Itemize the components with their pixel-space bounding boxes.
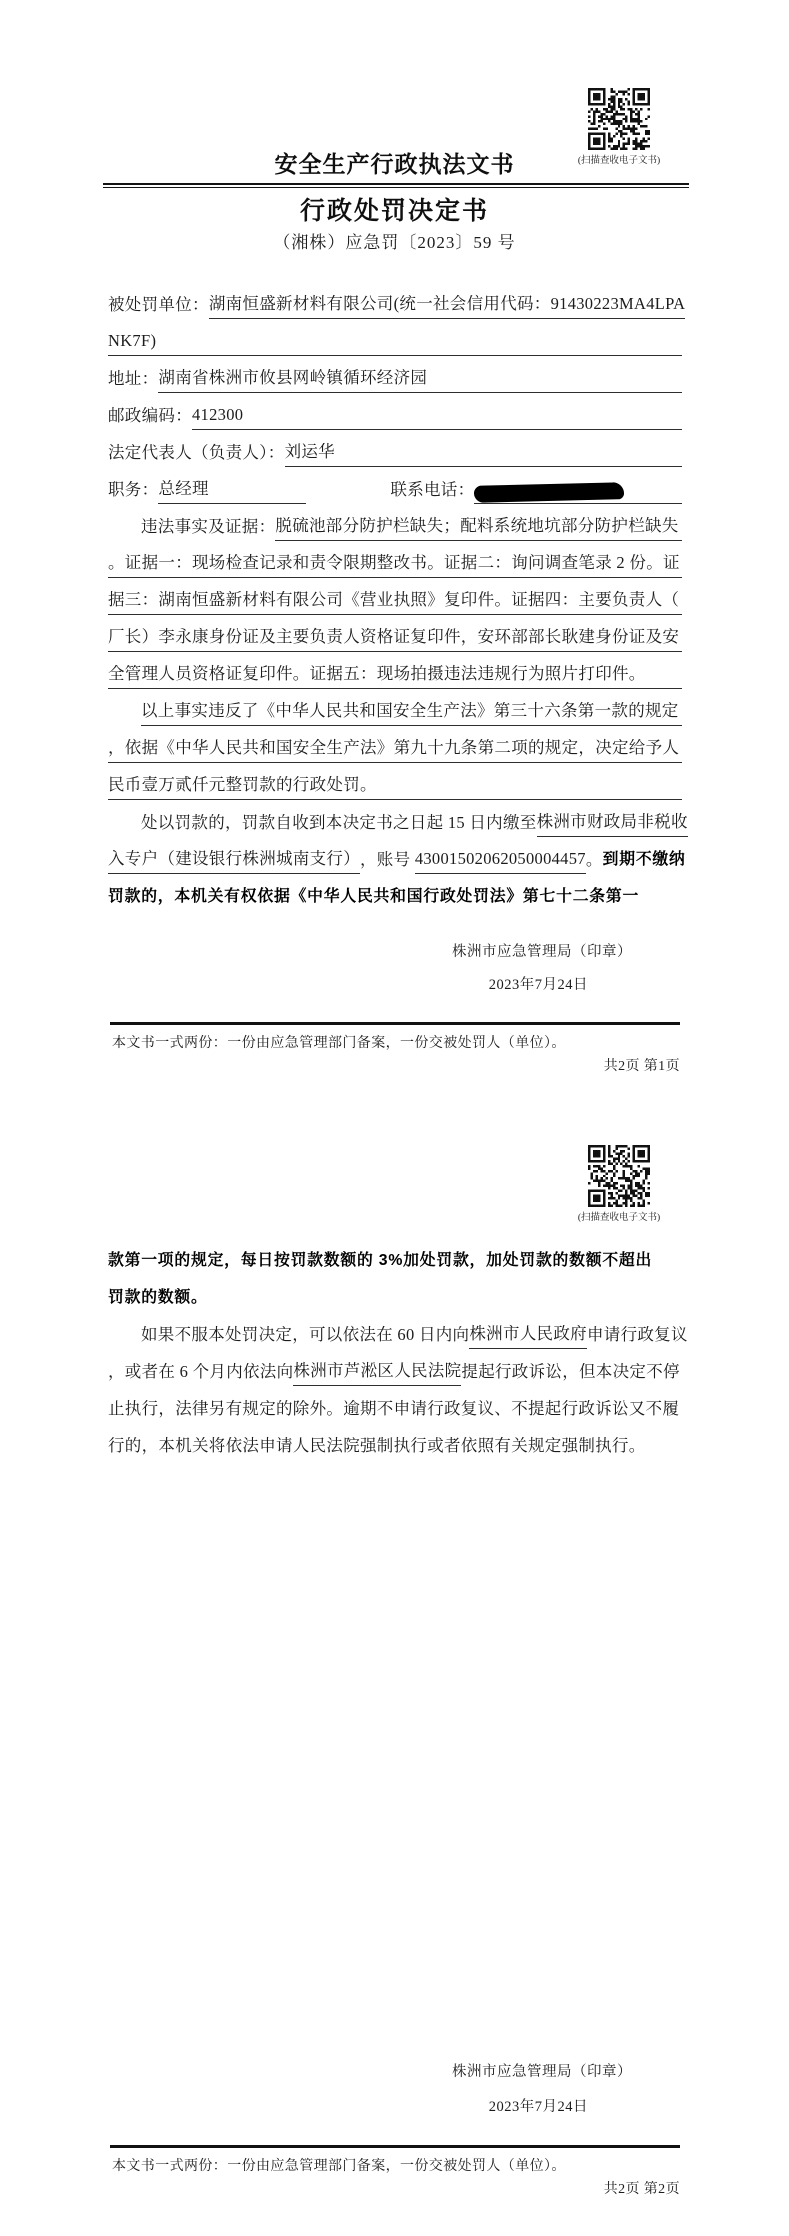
text-segment: 412300 xyxy=(192,401,243,430)
issuer-signature-page2: 株洲市应急管理局（印章） xyxy=(452,2060,632,2081)
text-segment: 株洲市芦淞区人民法院 xyxy=(293,1357,461,1386)
surcharge-line: 罚款的数额。 xyxy=(108,1275,682,1312)
text-segment: 行的，本机关将依法申请人民法院强制执行或者依照有关规定强制执行。 xyxy=(108,1432,646,1460)
facts-line: 。证据一：现场检查记录和责令限期整改书。证据二：询问调查笔录 2 份。证 xyxy=(108,541,682,578)
field-postal-code: 邮政编码：412300 xyxy=(108,393,682,430)
text-segment xyxy=(243,429,682,430)
text-segment: NK7F) xyxy=(108,327,156,356)
doc-number: （湘株）应急罚〔2023〕59 号 xyxy=(0,228,789,253)
text-segment: 职务： xyxy=(108,476,158,504)
page1-body: 被处罚单位：湖南恒盛新材料有限公司(统一社会信用代码：91430223MA4LP… xyxy=(108,282,682,911)
text-segment: 到期不缴纳 xyxy=(603,846,686,874)
payment-line: 入专户（建设银行株洲城南支行），账号 43001502062050004457。… xyxy=(108,837,682,874)
footer-divider-page2 xyxy=(110,2145,680,2148)
qr-code-page2 xyxy=(588,1145,650,1207)
field-penalized-unit-line2: NK7F) xyxy=(108,319,682,356)
redaction-bar xyxy=(474,482,624,503)
page-indicator-page1: 共2页 第1页 xyxy=(112,1055,680,1075)
text-segment: 43001502062050004457 xyxy=(415,845,586,874)
facts-line: 违法事实及证据：脱硫池部分防护栏缺失；配料系统地坑部分防护栏缺失 xyxy=(108,504,682,541)
text-segment: 联系电话： xyxy=(390,476,474,504)
text-segment: ，账号 xyxy=(360,846,415,874)
facts-line: 据三：湖南恒盛新材料有限公司《营业执照》复印件。证据四：主要负责人（ xyxy=(108,578,682,615)
text-segment: 株洲市财政局非税收 xyxy=(537,808,688,837)
text-segment: 申请行政复议 xyxy=(587,1321,688,1349)
text-segment: 被处罚单位： xyxy=(108,291,209,319)
facts-line: 全管理人员资格证复印件。证据五：现场拍摄违法违规行为照片打印件。 xyxy=(108,652,682,689)
footer-note-page2: 本文书一式两份：一份由应急管理部门备案，一份交被处罚人（单位）。 xyxy=(112,2155,682,2175)
payment-line: 罚款的，本机关有权依据《中华人民共和国行政处罚法》第七十二条第一 xyxy=(108,874,682,911)
text-segment: 款第一项的规定，每日按罚款数额的 3%加处罚款，加处罚款的数额不超出 xyxy=(108,1247,652,1275)
redacted-phone-number xyxy=(474,484,682,504)
text-segment xyxy=(679,614,682,615)
appeal-line: 如果不服本处罚决定，可以依法在 60 日内向株洲市人民政府申请行政复议 xyxy=(108,1312,682,1349)
text-segment: 厂长）李永康身份证及主要负责人资格证复印件，安环部部长耿建身份证及安 xyxy=(108,623,679,652)
text-segment: 民币壹万贰仟元整罚款的行政处罚。 xyxy=(108,771,377,800)
page-indicator-page2: 共2页 第2页 xyxy=(112,2178,680,2198)
text-segment xyxy=(156,355,682,356)
field-address: 地址：湖南省株洲市攸县网岭镇循环经济园 xyxy=(108,356,682,393)
doc-title: 行政处罚决定书 xyxy=(0,191,789,227)
text-segment: ，依据《中华人民共和国安全生产法》第九十九条第二项的规定，决定给予人 xyxy=(108,734,679,763)
text-segment: 违法事实及证据： xyxy=(141,513,275,541)
issue-date-page2: 2023年7月24日 xyxy=(489,2095,588,2116)
footer-divider-page1 xyxy=(110,1022,680,1025)
text-segment: 湖南恒盛新材料有限公司(统一社会信用代码：91430223MA4LPA xyxy=(209,290,686,319)
qr-caption-page2: (扫描查收电子文书) xyxy=(549,1209,689,1223)
penalty-decision-document: (扫描查收电子文书) 安全生产行政执法文书 行政处罚决定书 （湘株）应急罚〔20… xyxy=(0,0,789,2236)
qr-code-page1 xyxy=(588,88,650,150)
text-segment: 止执行，法律另有规定的除外。逾期不申请行政复议、不提起行政诉讼又不履 xyxy=(108,1395,679,1423)
appeal-line: 行的，本机关将依法申请人民法院强制执行或者依照有关规定强制执行。 xyxy=(108,1423,682,1460)
text-segment: 入专户（建设银行株洲城南支行） xyxy=(108,845,360,874)
doc-category-title: 安全生产行政执法文书 xyxy=(0,146,789,179)
text-segment: 。 xyxy=(586,846,603,874)
payment-line: 处以罚款的，罚款自收到本决定书之日起 15 日内缴至株洲市财政局非税收 xyxy=(108,800,682,837)
text-segment: 据三：湖南恒盛新材料有限公司《营业执照》复印件。证据四：主要负责人（ xyxy=(108,586,679,615)
decision-line: 以上事实违反了《中华人民共和国安全生产法》第三十六条第一款的规定 xyxy=(108,689,682,726)
page2-body: 款第一项的规定，每日按罚款数额的 3%加处罚款，加处罚款的数额不超出罚款的数额。… xyxy=(108,1238,682,1460)
field-legal-representative: 法定代表人（负责人）：刘运华 xyxy=(108,430,682,467)
text-segment: 总经理 xyxy=(158,475,306,504)
facts-line: 厂长）李永康身份证及主要负责人资格证复印件，安环部部长耿建身份证及安 xyxy=(108,615,682,652)
text-segment: 以上事实违反了《中华人民共和国安全生产法》第三十六条第一款的规定 xyxy=(141,697,679,726)
text-segment: 脱硫池部分防护栏缺失；配料系统地坑部分防护栏缺失 xyxy=(275,512,678,541)
text-segment xyxy=(679,725,682,726)
text-segment xyxy=(646,688,682,689)
text-segment: 刘运华 xyxy=(285,438,335,467)
text-segment: 罚款的数额。 xyxy=(108,1284,208,1312)
text-segment: 。证据一：现场检查记录和责令限期整改书。证据二：询问调查笔录 2 份。证 xyxy=(108,549,680,578)
text-segment: 处以罚款的，罚款自收到本决定书之日起 15 日内缴至 xyxy=(141,809,537,837)
text-segment: 法定代表人（负责人）： xyxy=(108,439,285,467)
footer-note-page1: 本文书一式两份：一份由应急管理部门备案，一份交被处罚人（单位）。 xyxy=(112,1032,682,1052)
text-segment: ，或者在 6 个月内依法向 xyxy=(108,1358,293,1386)
text-segment: 提起行政诉讼，但本决定不停 xyxy=(461,1358,679,1386)
text-segment: 罚款的，本机关有权依据《中华人民共和国行政处罚法》第七十二条第一 xyxy=(108,883,639,911)
text-segment: 湖南省株洲市攸县网岭镇循环经济园 xyxy=(158,364,427,393)
text-segment: 邮政编码： xyxy=(108,402,192,430)
text-segment: 全管理人员资格证复印件。证据五：现场拍摄违法违规行为照片打印件。 xyxy=(108,660,646,689)
issue-date-page1: 2023年7月24日 xyxy=(489,973,588,994)
text-segment xyxy=(427,392,682,393)
text-segment xyxy=(377,799,682,800)
field-position-phone: 职务：总经理联系电话： xyxy=(108,467,682,504)
surcharge-line: 款第一项的规定，每日按罚款数额的 3%加处罚款，加处罚款的数额不超出 xyxy=(108,1238,682,1275)
text-segment xyxy=(679,540,682,541)
text-segment: 株洲市人民政府 xyxy=(469,1320,587,1349)
appeal-line: 止执行，法律另有规定的除外。逾期不申请行政复议、不提起行政诉讼又不履 xyxy=(108,1386,682,1423)
text-segment: 地址： xyxy=(108,365,158,393)
text-segment xyxy=(679,762,682,763)
decision-line: 民币壹万贰仟元整罚款的行政处罚。 xyxy=(108,763,682,800)
appeal-line: ，或者在 6 个月内依法向株洲市芦淞区人民法院提起行政诉讼，但本决定不停 xyxy=(108,1349,682,1386)
decision-line: ，依据《中华人民共和国安全生产法》第九十九条第二项的规定，决定给予人 xyxy=(108,726,682,763)
text-segment xyxy=(335,466,682,467)
field-penalized-unit-line1: 被处罚单位：湖南恒盛新材料有限公司(统一社会信用代码：91430223MA4LP… xyxy=(108,282,682,319)
text-segment xyxy=(679,651,682,652)
text-segment xyxy=(680,577,682,578)
text-segment: 如果不服本处罚决定，可以依法在 60 日内向 xyxy=(141,1321,469,1349)
header-divider xyxy=(103,183,689,188)
issuer-signature-page1: 株洲市应急管理局（印章） xyxy=(452,940,632,961)
